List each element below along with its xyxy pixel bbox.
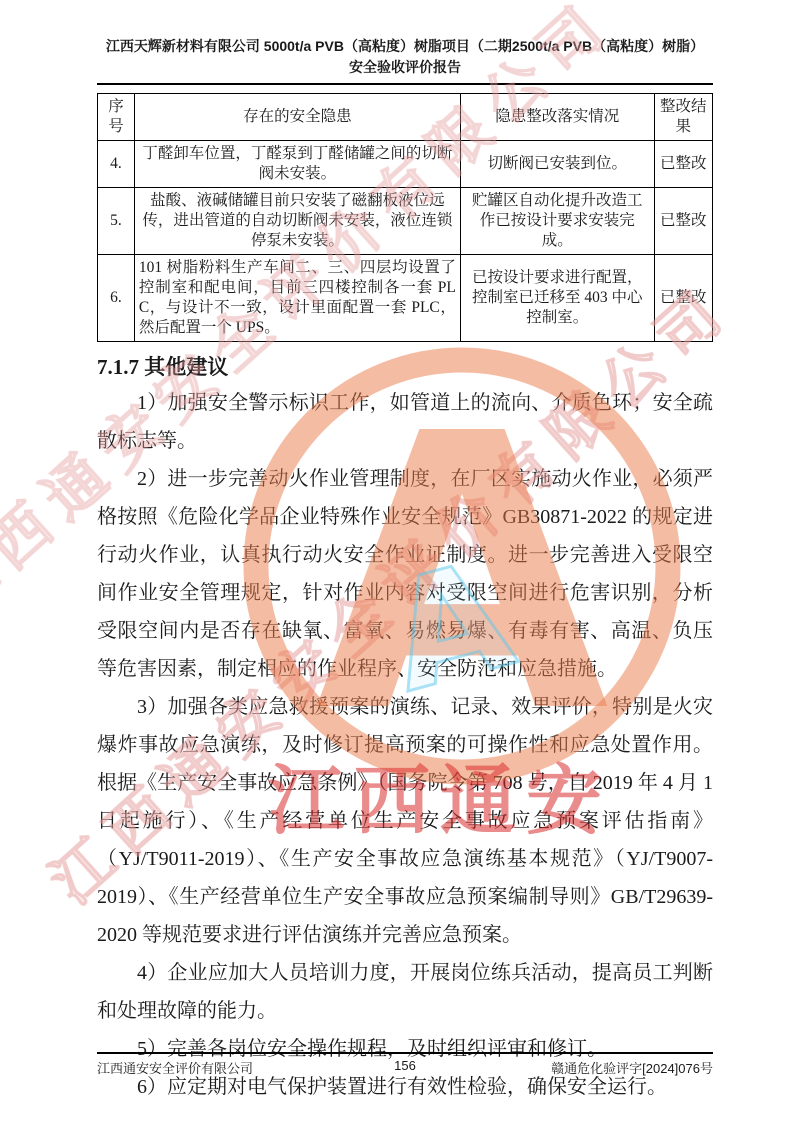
table-row: 5. 盐酸、液碱储罐目前只安装了磁翻板液位远传，进出管道的自动切断阀未安装，液位… <box>98 188 713 255</box>
cell-hazard: 101 树脂粉料生产车间二、三、四层均设置了控制室和配电间，目前三四楼控制各一套… <box>134 255 460 342</box>
cell-rectification: 贮罐区自动化提升改造工作已按设计要求安装完成。 <box>460 188 654 255</box>
table-row: 4. 丁醛卸车位置，丁醛泵到丁醛储罐之间的切断阀未安装。 切断阀已安装到位。 已… <box>98 141 713 188</box>
header-title-line2: 安全验收评价报告 <box>97 57 713 78</box>
section-heading: 7.1.7 其他建议 <box>97 352 713 382</box>
report-page: 江西天辉新材料有限公司 5000t/a PVB（高粘度）树脂项目（二期2500t… <box>0 0 793 1122</box>
page-content: 江西天辉新材料有限公司 5000t/a PVB（高粘度）树脂项目（二期2500t… <box>97 36 713 1106</box>
header-title-line1: 江西天辉新材料有限公司 5000t/a PVB（高粘度）树脂项目（二期2500t… <box>97 36 713 57</box>
cell-result: 已整改 <box>654 188 712 255</box>
footer-company: 江西通安安全评价有限公司 <box>97 1058 302 1077</box>
cell-result: 已整改 <box>654 141 712 188</box>
table-row: 6. 101 树脂粉料生产车间二、三、四层均设置了控制室和配电间，目前三四楼控制… <box>98 255 713 342</box>
cell-rectification: 切断阀已安装到位。 <box>460 141 654 188</box>
col-header-rectification: 隐患整改落实情况 <box>460 94 654 141</box>
col-header-no: 序号 <box>98 94 135 141</box>
hazard-rectification-table: 序号 存在的安全隐患 隐患整改落实情况 整改结果 4. 丁醛卸车位置，丁醛泵到丁… <box>97 93 713 342</box>
cell-hazard: 丁醛卸车位置，丁醛泵到丁醛储罐之间的切断阀未安装。 <box>134 141 460 188</box>
body-paragraph: 3）加强各类应急救援预案的演练、记录、效果评价，特别是火灾爆炸事故应急演练，及时… <box>97 688 713 954</box>
body-paragraph: 1）加强安全警示标识工作，如管道上的流向、介质色环；安全疏散标志等。 <box>97 384 713 460</box>
col-header-result: 整改结果 <box>654 94 712 141</box>
document-header: 江西天辉新材料有限公司 5000t/a PVB（高粘度）树脂项目（二期2500t… <box>97 36 713 78</box>
page-footer: 江西通安安全评价有限公司 156 赣通危化验评字[2024]076号 <box>97 1052 713 1077</box>
footer-page-number: 156 <box>302 1058 507 1077</box>
table-header-row: 序号 存在的安全隐患 隐患整改落实情况 整改结果 <box>98 94 713 141</box>
cell-row-number: 6. <box>98 255 135 342</box>
body-paragraph: 4）企业应加大人员培训力度，开展岗位练兵活动，提高员工判断和处理故障的能力。 <box>97 954 713 1030</box>
cell-row-number: 4. <box>98 141 135 188</box>
header-rule <box>97 83 713 85</box>
cell-rectification: 已按设计要求进行配置，控制室已迁移至 403 中心控制室。 <box>460 255 654 342</box>
footer-doc-number: 赣通危化验评字[2024]076号 <box>508 1058 713 1077</box>
body-paragraph: 2）进一步完善动火作业管理制度，在厂区实施动火作业，必须严格按照《危险化学品企业… <box>97 460 713 688</box>
cell-hazard: 盐酸、液碱储罐目前只安装了磁翻板液位远传，进出管道的自动切断阀未安装，液位连锁停… <box>134 188 460 255</box>
col-header-hazard: 存在的安全隐患 <box>134 94 460 141</box>
cell-result: 已整改 <box>654 255 712 342</box>
cell-row-number: 5. <box>98 188 135 255</box>
